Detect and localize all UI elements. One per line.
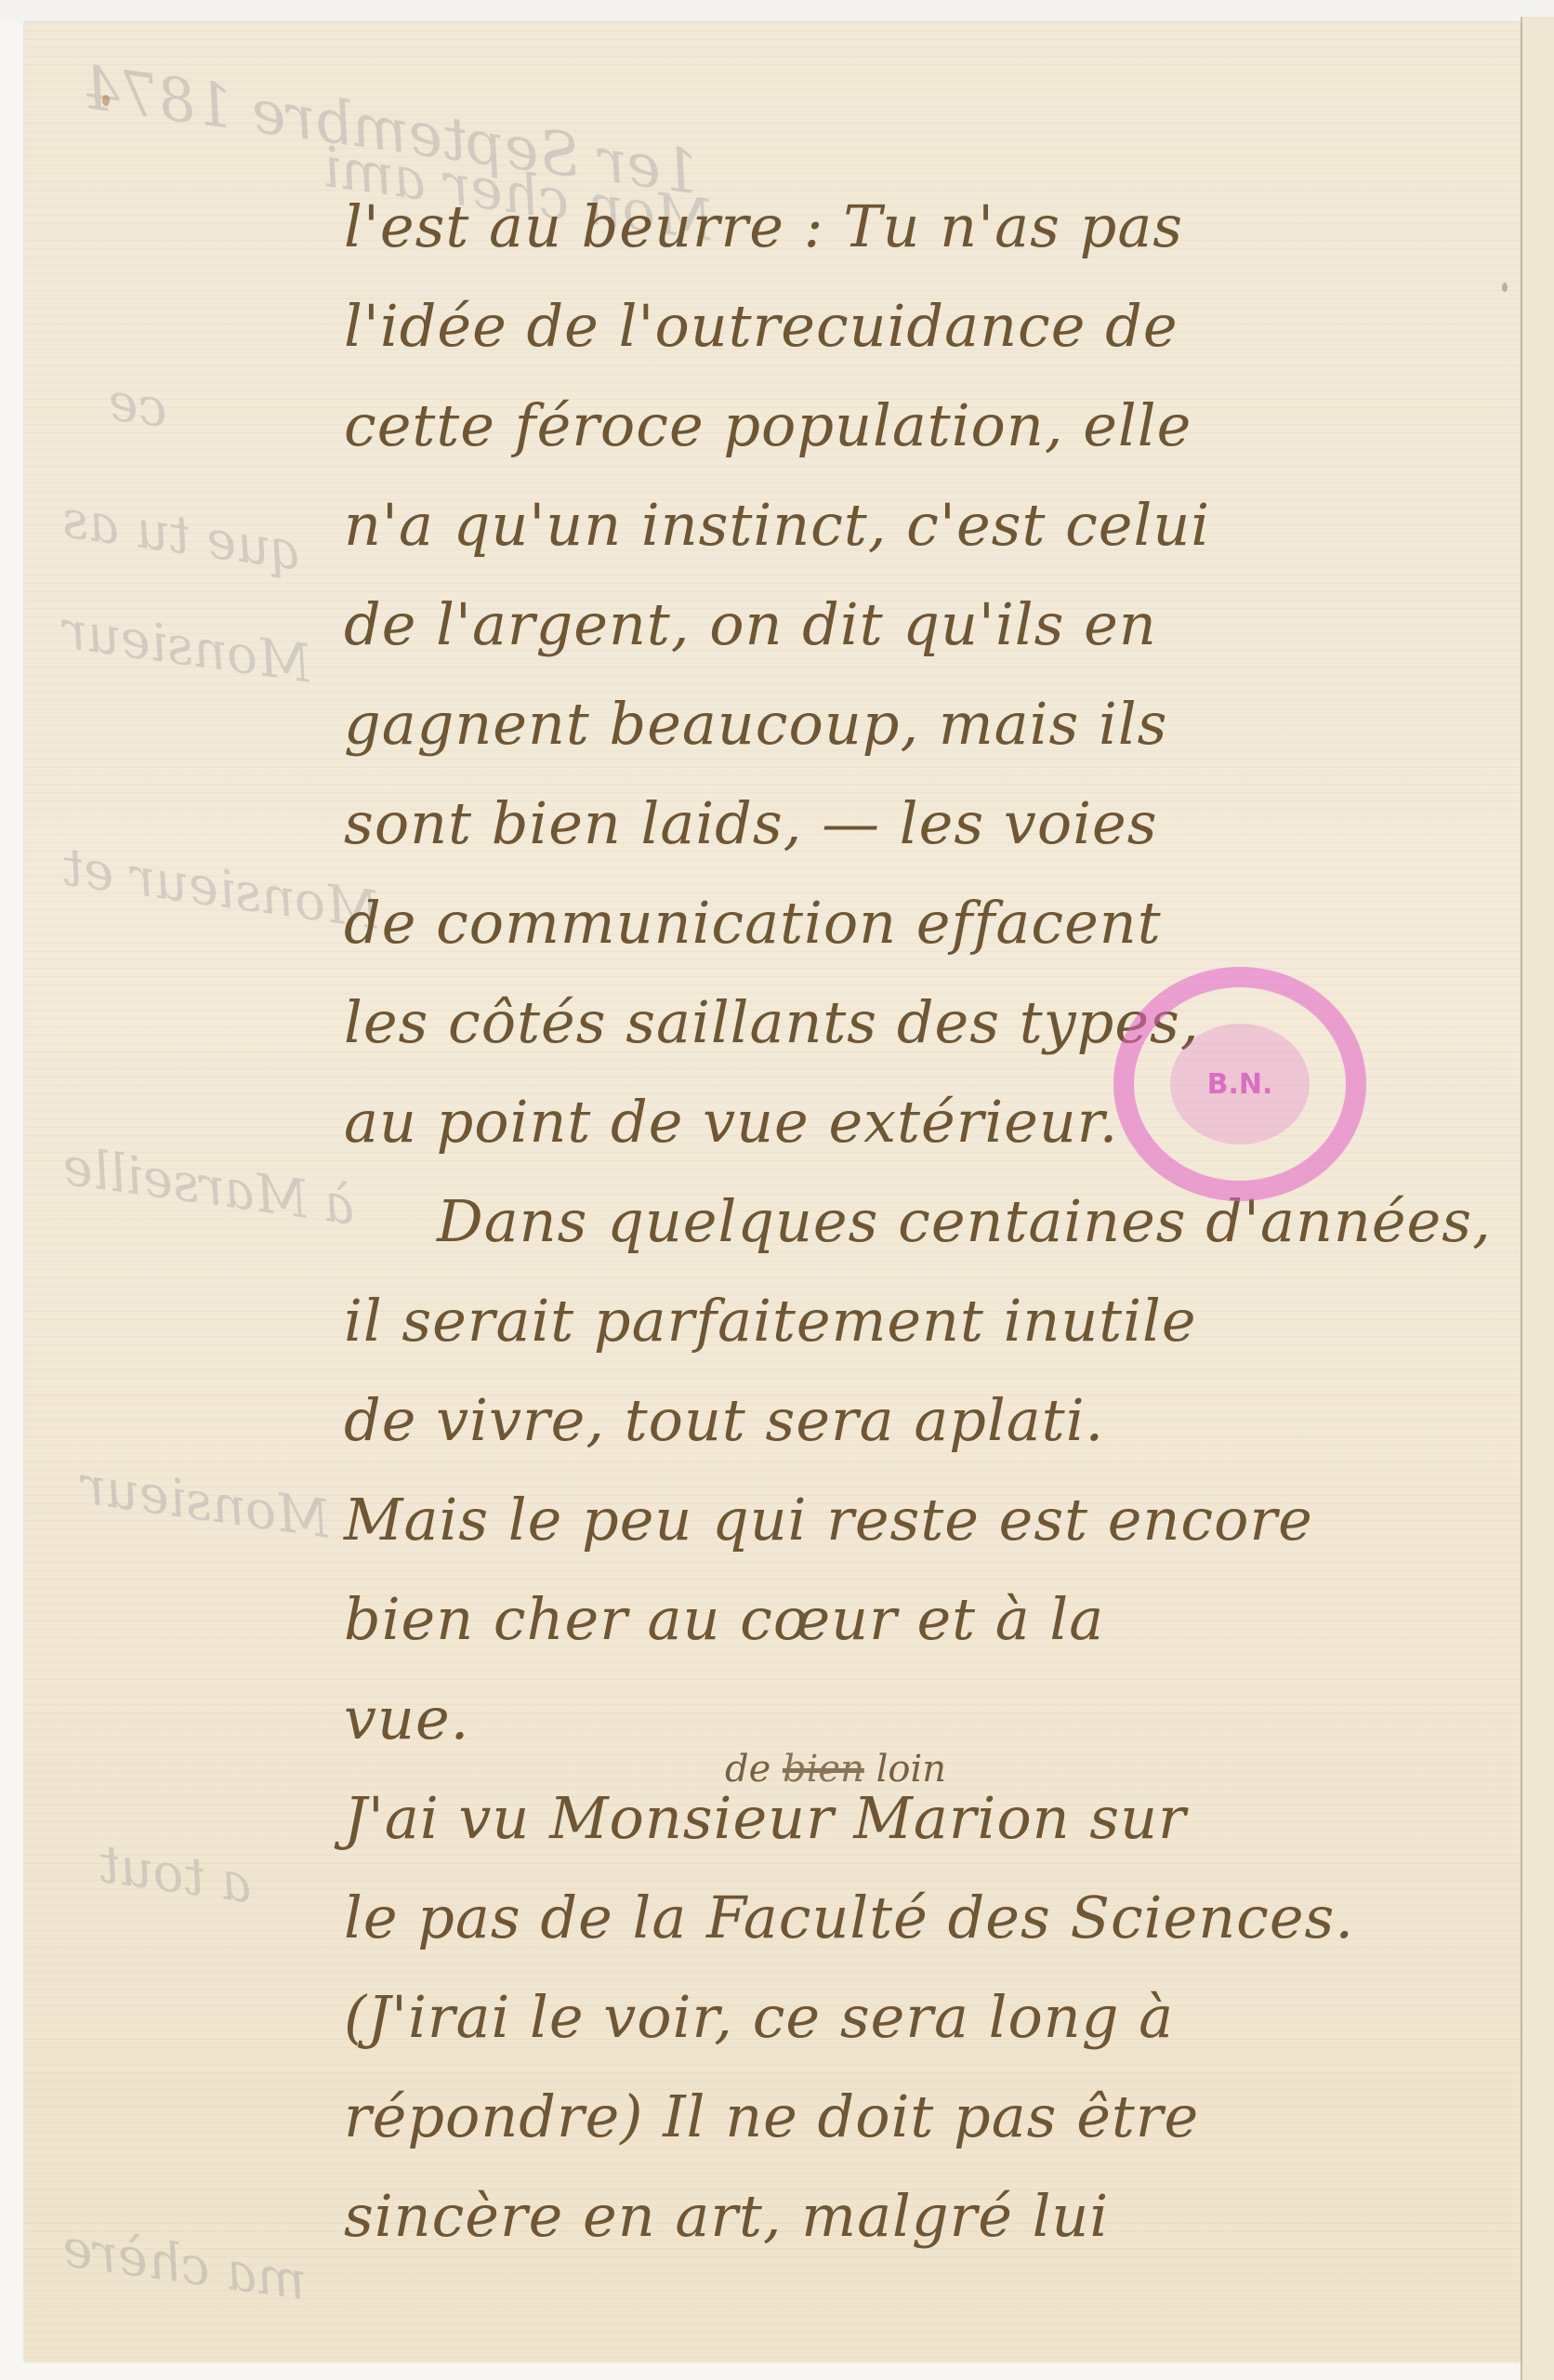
bleed-through-text: Monsieur [59, 601, 315, 695]
letter-line: de communication effacent [344, 873, 1487, 972]
bleed-through-text: a tout [95, 1834, 256, 1915]
letter-line: le pas de la Faculté des Sciences. [344, 1868, 1487, 1967]
letter-line: Mais le peu qui reste est encore [344, 1470, 1487, 1569]
letter-line: répondre) Il ne doit pas être [344, 2067, 1487, 2166]
interlinear-correction: de bien loin [725, 1748, 946, 1791]
library-stamp: B.N. [1113, 967, 1366, 1201]
bleed-through-text: Monsieur [77, 1456, 334, 1551]
inserted-word: loin [876, 1748, 946, 1791]
struck-word: bien [783, 1748, 864, 1791]
letter-line: n'a qu'un instinct, c'est celui [344, 475, 1487, 575]
letter-line: gagnent beaucoup, mais ils [344, 674, 1487, 773]
letter-line: de vivre, tout sera aplati. [344, 1370, 1487, 1470]
adjacent-sheet-edge [1521, 17, 1554, 2380]
letter-line: sincère en art, malgré lui [344, 2166, 1487, 2266]
letter-body: l'est au beurre : Tu n'as pas l'idée de … [344, 177, 1487, 2266]
scan-background-top [0, 0, 1554, 22]
foxing-spot [1502, 283, 1508, 292]
letter-line: il serait parfaitement inutile [344, 1271, 1487, 1370]
letter-line: l'est au beurre : Tu n'as pas [344, 177, 1487, 276]
bleed-through-text: que tu as [59, 489, 308, 583]
letter-line: Dans quelques centaines d'années, [344, 1171, 1487, 1271]
insertion-prefix: de [725, 1748, 770, 1791]
letter-line: l'idée de l'outrecuidance de [344, 276, 1487, 376]
bleed-through-text: ce [104, 372, 172, 440]
bleed-through-text: à Marseille [59, 1136, 359, 1237]
letter-line: cette féroce population, elle [344, 376, 1487, 475]
stamp-text: B.N. [1170, 1024, 1310, 1144]
bleed-through-text: ma chère [59, 2218, 310, 2312]
bleed-through-text: Monsieur et [59, 837, 383, 941]
foxing-spot [102, 95, 110, 106]
letter-line: de l'argent, on dit qu'ils en [344, 575, 1487, 674]
letter-line: (J'irai le voir, ce sera long à [344, 1967, 1487, 2067]
letter-line: sont bien laids, — les voies [344, 773, 1487, 873]
letter-line: bien cher au cœur et à la [344, 1569, 1487, 1669]
